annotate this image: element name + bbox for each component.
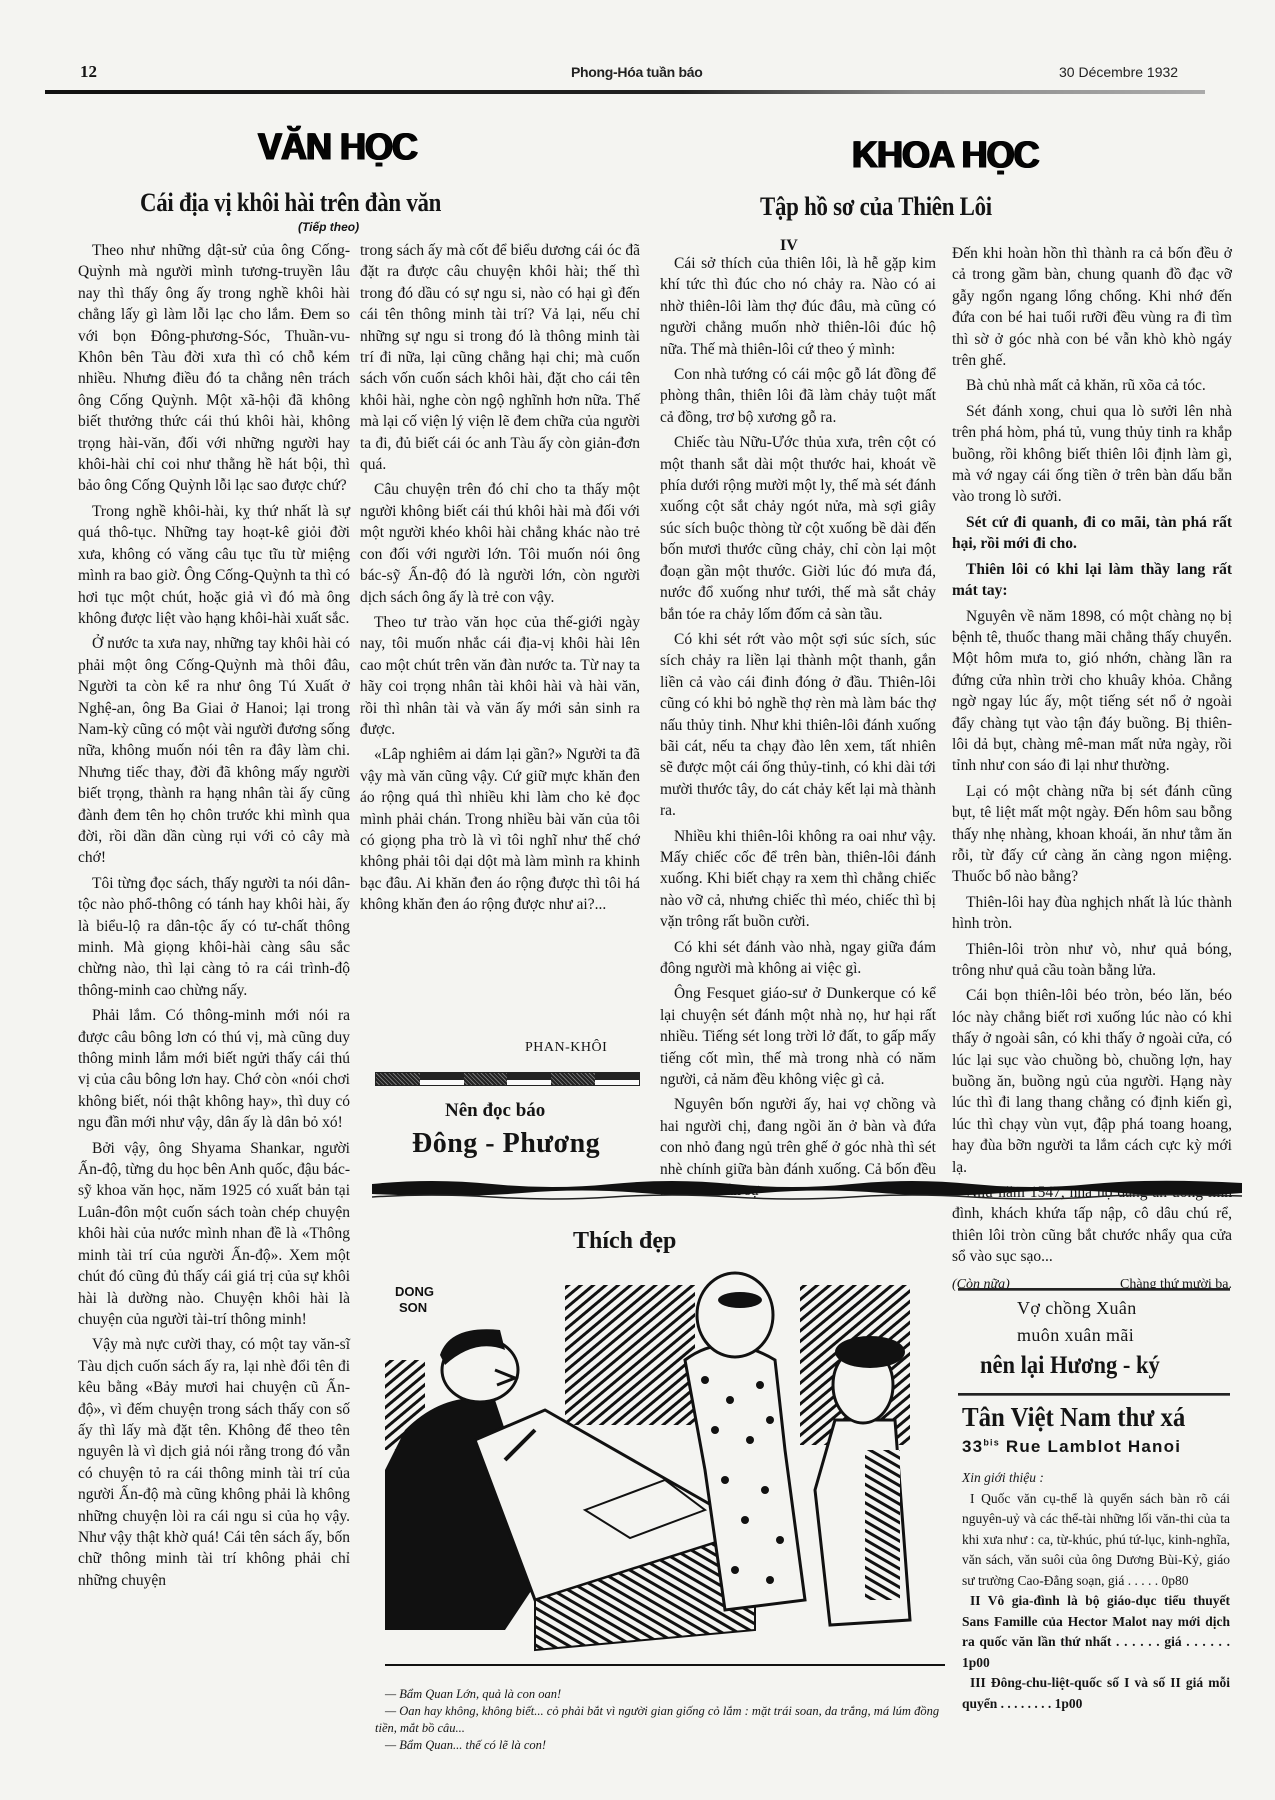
cartoon-caption: — Bẩm Quan Lớn, quả là con oan! — Oan ha… bbox=[375, 1686, 945, 1754]
paragraph: Sét đánh xong, chui qua lò sưởi lên nhà … bbox=[952, 401, 1232, 508]
ad-bookstore-address: 33bis Rue Lamblot Hanoi bbox=[962, 1437, 1181, 1457]
van-hoc-column-1: Theo như những dật-sử của ông Cống-Quỳnh… bbox=[78, 240, 350, 1595]
ad-bookstore-body: Xin giới thiệu : I Quốc văn cụ-thể là qu… bbox=[962, 1468, 1230, 1714]
paragraph: Thiên-lôi tròn như vò, như quả bóng, trô… bbox=[952, 939, 1232, 982]
section-heading-khoa-hoc: KHOA HỌC bbox=[852, 133, 1039, 177]
paragraph: Bà chủ nhà mất cả khăn, rũ xõa cả tóc. bbox=[952, 375, 1232, 396]
to-be-continued-note: (Còn nữa) bbox=[952, 1274, 1010, 1295]
page-number: 12 bbox=[80, 62, 97, 82]
paragraph: Theo như những dật-sử của ông Cống-Quỳnh… bbox=[78, 240, 350, 497]
paragraph: Thiên-lôi hay đùa nghịch nhất là lúc thà… bbox=[952, 892, 1232, 935]
cartoon-title: Thích đẹp bbox=[573, 1228, 676, 1255]
paragraph: Ông Fesquet giáo-sư ở Dunkerque có kể lạ… bbox=[660, 983, 936, 1090]
caption-line: — Bẩm Quan Lớn, quả là con oan! bbox=[375, 1686, 945, 1703]
paragraph: Có khi sét rớt vào một sợi súc sích, súc… bbox=[660, 629, 936, 822]
ad-divider bbox=[958, 1393, 1230, 1396]
paragraph: Ở nước ta xưa nay, những tay khôi hài có… bbox=[78, 633, 350, 868]
paragraph: Tôi từng đọc sách, thấy người ta nói dân… bbox=[78, 873, 350, 1001]
paragraph: trong sách ấy mà cốt để biểu dương cái ó… bbox=[360, 240, 640, 475]
van-hoc-column-2: trong sách ấy mà cốt để biểu dương cái ó… bbox=[360, 240, 640, 920]
paragraph: Nguyên về năm 1898, có một chàng nọ bị b… bbox=[952, 606, 1232, 777]
ad-huong-ky-line1: Vợ chồng Xuân bbox=[1017, 1298, 1137, 1319]
khoa-hoc-column-4: Đến khi hoàn hồn thì thành ra cả bốn đều… bbox=[952, 243, 1232, 1295]
ad-intro: Xin giới thiệu : bbox=[962, 1468, 1230, 1489]
paragraph: Bởi vậy, ông Shyama Shankar, người Ấn-độ… bbox=[78, 1138, 350, 1331]
cartoon-illustration: DONG SON bbox=[385, 1270, 945, 1670]
publication-name: Phong-Hóa tuần báo bbox=[571, 64, 702, 80]
ad-dong-phuong-line2: Đông - Phương bbox=[412, 1128, 600, 1160]
masthead-rule bbox=[45, 90, 1205, 94]
paragraph: Lại có một chàng nữa bị sét đánh cũng bụ… bbox=[952, 781, 1232, 888]
paragraph: Nhiều khi thiên-lôi không ra oai như vậy… bbox=[660, 826, 936, 933]
continued-note: (Tiếp theo) bbox=[298, 220, 359, 234]
paragraph: Theo tư trào văn học của thế-giới ngày n… bbox=[360, 612, 640, 740]
ad-huong-ky-line3: nên lại Hương - ký bbox=[980, 1352, 1160, 1380]
ad-item: III Đông-chu-liệt-quốc số I và số II giá… bbox=[962, 1673, 1230, 1714]
caption-line: — Bẩm Quan... thế có lẽ là con! bbox=[375, 1737, 945, 1754]
ad-item: I Quốc văn cụ-thể là quyển sách bàn rõ c… bbox=[962, 1489, 1230, 1592]
paragraph: Câu chuyện trên đó chỉ cho ta thấy một n… bbox=[360, 479, 640, 607]
paragraph: Có khi sét đánh vào nhà, ngay giữa đám đ… bbox=[660, 937, 936, 980]
paragraph: «Lâp nghiêm ai dám lại gần?» Người ta đã… bbox=[360, 744, 640, 915]
ad-item: II Vô gia-đình là bộ giáo-dục tiểu thuyế… bbox=[962, 1591, 1230, 1673]
paragraph: Con nhà tướng có cái mộc gỗ lát đồng để … bbox=[660, 364, 936, 428]
paragraph: Sét cứ đi quanh, đi co mãi, tàn phá rất … bbox=[952, 512, 1232, 555]
paragraph: Phải lắm. Có thông-minh mới nói ra được … bbox=[78, 1005, 350, 1133]
paragraph: Chiếc tàu Nữu-Ước thủa xưa, trên cột có … bbox=[660, 432, 936, 625]
svg-text:SON: SON bbox=[399, 1300, 427, 1315]
paragraph: Trong nghề khôi-hài, kỵ thứ nhất là sự q… bbox=[78, 501, 350, 629]
khoa-hoc-column-3: Cái sở thích của thiên lôi, là hễ gặp ki… bbox=[660, 253, 936, 1205]
author-signature-van-hoc: PHAN-KHÔI bbox=[525, 1040, 607, 1056]
ad-dong-phuong-line1: Nên đọc báo bbox=[445, 1100, 545, 1122]
paragraph: Cái sở thích của thiên lôi, là hễ gặp ki… bbox=[660, 253, 936, 360]
paragraph: Thiên lôi có khi lại làm thầy lang rất m… bbox=[952, 559, 1232, 602]
paragraph: Vậy mà nực cười thay, có một tay văn-sĩ … bbox=[78, 1334, 350, 1591]
paragraph: Đến khi hoàn hồn thì thành ra cả bốn đều… bbox=[952, 243, 1232, 371]
artist-signature: DONG bbox=[395, 1284, 434, 1299]
ad-bookstore-name: Tân Việt Nam thư xá bbox=[962, 1402, 1185, 1433]
article-title-khoa-hoc: Tập hồ sơ của Thiên Lôi bbox=[760, 192, 992, 222]
decorative-wavy-rule bbox=[372, 1178, 1242, 1200]
caption-line: — Oan hay không, không biết... cỏ phải b… bbox=[375, 1703, 945, 1737]
ad-divider bbox=[958, 1288, 1230, 1291]
issue-date: 30 Décembre 1932 bbox=[1059, 64, 1178, 80]
article-title-van-hoc: Cái địa vị khôi hài trên đàn văn bbox=[140, 188, 441, 218]
paragraph: Cái bọn thiên-lôi béo tròn, béo lăn, béo… bbox=[952, 985, 1232, 1178]
author-signature-khoa-hoc: Chàng thứ mười ba. bbox=[1120, 1274, 1232, 1295]
ad-huong-ky-line2: muôn xuân mãi bbox=[1017, 1325, 1134, 1346]
decorative-checker-rule bbox=[375, 1072, 640, 1086]
section-heading-van-hoc: VĂN HỌC bbox=[258, 125, 417, 169]
